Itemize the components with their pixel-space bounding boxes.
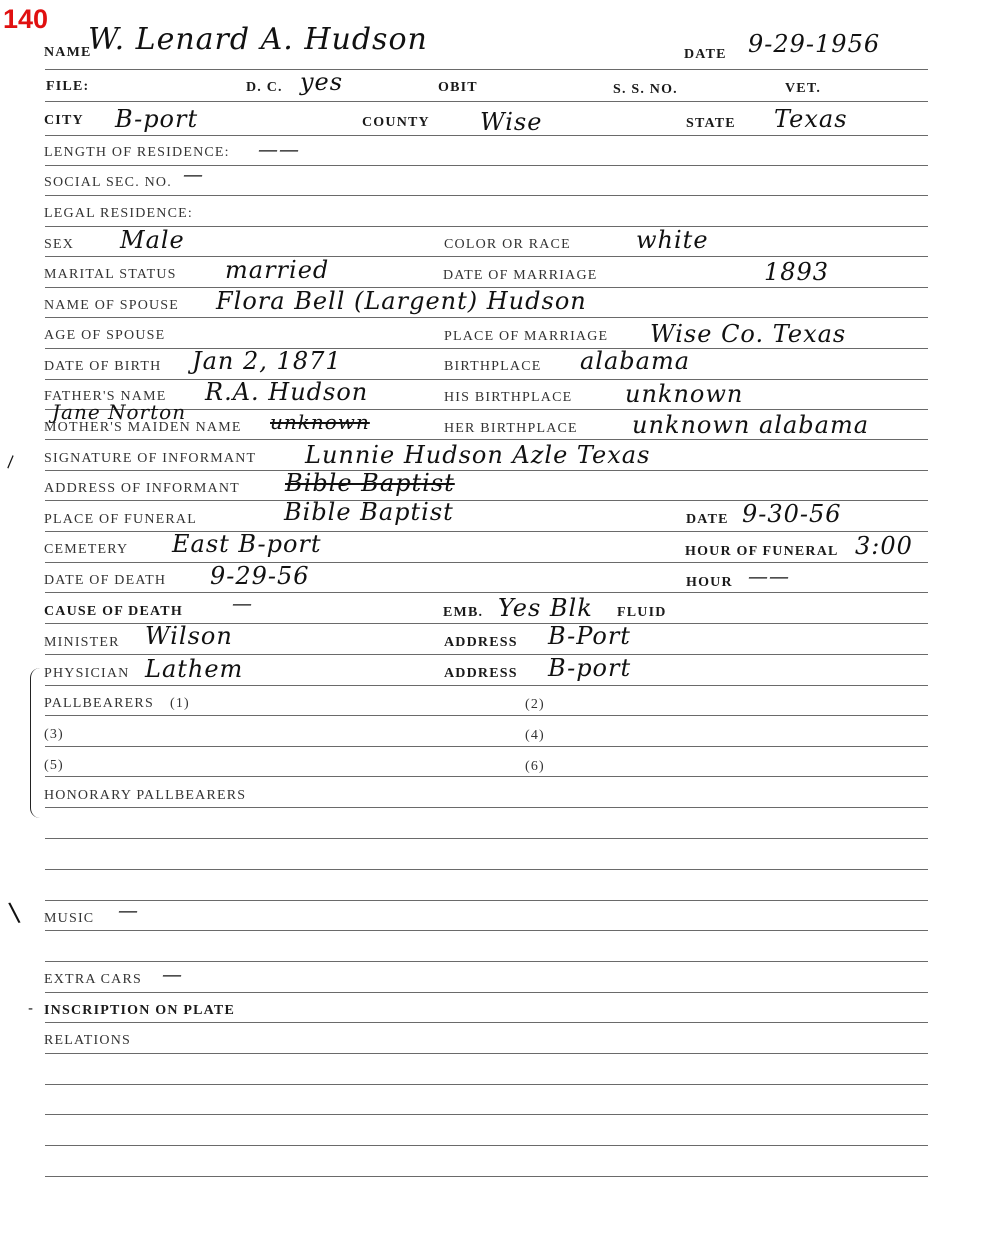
rule [45, 685, 928, 686]
physician-value[interactable]: Lathem [145, 655, 243, 683]
date-of-marriage-value[interactable]: 1893 [764, 258, 829, 286]
name-label: NAME [44, 45, 92, 61]
physician-address-label: ADDRESS [444, 666, 518, 682]
extra-cars-value[interactable]: — [162, 962, 183, 986]
rule [45, 256, 928, 257]
emb-value[interactable]: Yes Blk [498, 594, 593, 622]
state-value[interactable]: Texas [774, 105, 848, 133]
rule [45, 195, 928, 196]
his-birthplace-label: HIS BIRTHPLACE [444, 390, 572, 406]
music-label: MUSIC [44, 911, 94, 927]
rule [45, 869, 928, 870]
rule [45, 562, 928, 563]
brace-mark-icon [30, 668, 45, 818]
dc-label: D. C. [246, 80, 283, 96]
county-value[interactable]: Wise [480, 108, 542, 136]
page-number: 140 [3, 4, 48, 35]
rule [45, 1114, 928, 1115]
rule [45, 101, 928, 102]
his-birthplace-value[interactable]: unknown [625, 380, 743, 408]
date-of-birth-value[interactable]: Jan 2, 1871 [192, 347, 342, 375]
pallbearer-slot-2[interactable]: (2) [525, 697, 545, 713]
date-value[interactable]: 9-29-1956 [748, 30, 880, 58]
date-of-death-label: DATE OF DEATH [44, 573, 166, 589]
fluid-label: FLUID [617, 605, 667, 621]
music-value[interactable]: — [118, 898, 139, 922]
rule [45, 1145, 928, 1146]
length-of-residence-label: LENGTH OF RESIDENCE: [44, 145, 230, 161]
her-birthplace-label: HER BIRTHPLACE [444, 421, 578, 437]
cemetery-value[interactable]: East B-port [172, 530, 322, 558]
minister-address-label: ADDRESS [444, 635, 518, 651]
pallbearer-slot-3[interactable]: (3) [44, 727, 64, 743]
rule [45, 838, 928, 839]
hour-of-funeral-value[interactable]: 3:00 [855, 532, 913, 560]
date-of-birth-label: DATE OF BIRTH [44, 359, 161, 375]
name-of-spouse-label: NAME OF SPOUSE [44, 298, 179, 314]
inscription-on-plate-label: INSCRIPTION ON PLATE [44, 1003, 235, 1019]
dc-value[interactable]: yes [300, 68, 343, 96]
place-of-funeral-value[interactable]: Bible Baptist [284, 498, 454, 526]
date-label: DATE [684, 47, 727, 63]
city-label: CITY [44, 113, 84, 129]
sex-label: SEX [44, 237, 74, 253]
social-sec-no-value[interactable]: — [183, 162, 204, 186]
length-of-residence-value[interactable]: —— [258, 137, 300, 161]
rule [45, 1022, 928, 1023]
place-of-marriage-value[interactable]: Wise Co. Texas [650, 320, 846, 348]
rule [45, 470, 928, 471]
color-or-race-value[interactable]: white [636, 226, 709, 254]
pallbearer-slot-4[interactable]: (4) [525, 728, 545, 744]
check-mark-icon: \ [3, 452, 19, 470]
rule [45, 900, 928, 901]
minister-value[interactable]: Wilson [145, 622, 233, 650]
file-label: FILE: [46, 79, 89, 95]
ss-no-label: S. S. NO. [613, 82, 678, 98]
marital-status-label: MARITAL STATUS [44, 267, 177, 283]
cemetery-label: CEMETERY [44, 542, 128, 558]
name-of-spouse-value[interactable]: Flora Bell (Largent) Hudson [216, 287, 587, 315]
emb-label: EMB. [443, 605, 483, 621]
city-value[interactable]: B-port [115, 105, 198, 133]
pallbearer-slot-1[interactable]: (1) [170, 696, 190, 712]
honorary-pallbearers-label: HONORARY PALLBEARERS [44, 788, 246, 804]
date-of-marriage-label: DATE OF MARRIAGE [443, 268, 598, 284]
sex-value[interactable]: Male [120, 226, 185, 254]
rule [45, 1176, 928, 1177]
rule [45, 930, 928, 931]
mothers-maiden-name-struck: unknown [270, 410, 370, 434]
rule [45, 1053, 928, 1054]
mothers-maiden-name-value[interactable]: Jane Norton [52, 400, 186, 424]
rule [45, 439, 928, 440]
state-label: STATE [686, 116, 736, 132]
name-value[interactable]: W. Lenard A. Hudson [88, 22, 428, 57]
rule [45, 992, 928, 993]
fathers-name-value[interactable]: R.A. Hudson [205, 378, 368, 406]
hour-of-funeral-label: HOUR OF FUNERAL [685, 544, 839, 560]
marital-status-value[interactable]: married [225, 256, 329, 284]
color-or-race-label: COLOR OR RACE [444, 237, 571, 253]
vet-label: VET. [785, 81, 821, 97]
extra-cars-label: EXTRA CARS [44, 972, 142, 988]
age-of-spouse-label: AGE OF SPOUSE [44, 328, 165, 344]
legal-residence-label: LEGAL RESIDENCE: [44, 206, 193, 222]
place-of-marriage-label: PLACE OF MARRIAGE [444, 329, 608, 345]
signature-of-informant-label: SIGNATURE OF INFORMANT [44, 451, 256, 467]
birthplace-value[interactable]: alabama [580, 347, 690, 375]
rule [45, 317, 928, 318]
address-of-informant-label: ADDRESS OF INFORMANT [44, 481, 240, 497]
hour-label: HOUR [686, 575, 733, 591]
rule [45, 715, 928, 716]
minister-label: MINISTER [44, 635, 120, 651]
address-of-informant-value[interactable]: Bible Baptist [285, 469, 455, 497]
physician-address-value[interactable]: B-port [548, 654, 631, 682]
signature-of-informant-value[interactable]: Lunnie Hudson Azle Texas [305, 441, 650, 469]
relations-label: RELATIONS [44, 1033, 131, 1049]
hour-value[interactable]: —— [748, 564, 790, 588]
rule [45, 746, 928, 747]
rule [45, 348, 928, 349]
rule [45, 165, 928, 166]
her-birthplace-value[interactable]: unknown alabama [632, 411, 869, 439]
pallbearer-slot-6[interactable]: (6) [525, 759, 545, 775]
rule [45, 807, 928, 808]
social-sec-no-label: SOCIAL SEC. NO. [44, 175, 172, 191]
place-of-funeral-label: PLACE OF FUNERAL [44, 512, 197, 528]
date-of-death-value[interactable]: 9-29-56 [210, 562, 310, 590]
rule [45, 592, 928, 593]
rule [45, 69, 928, 70]
cause-of-death-value[interactable]: — [232, 591, 253, 615]
check-mark-icon: \ [7, 897, 21, 928]
minister-address-value[interactable]: B-Port [548, 622, 631, 650]
rule [45, 1084, 928, 1085]
funeral-date-value[interactable]: 9-30-56 [742, 500, 842, 528]
cause-of-death-label: CAUSE OF DEATH [44, 604, 183, 620]
rule [45, 379, 928, 380]
funeral-date-label: DATE [686, 512, 729, 528]
rule [45, 776, 928, 777]
birthplace-label: BIRTHPLACE [444, 359, 542, 375]
obit-label: OBIT [438, 80, 478, 96]
dash-mark-icon: - [28, 1001, 33, 1017]
pallbearers-label: PALLBEARERS [44, 696, 154, 712]
physician-label: PHYSICIAN [44, 666, 129, 682]
pallbearer-slot-5[interactable]: (5) [44, 758, 64, 774]
county-label: COUNTY [362, 115, 430, 131]
